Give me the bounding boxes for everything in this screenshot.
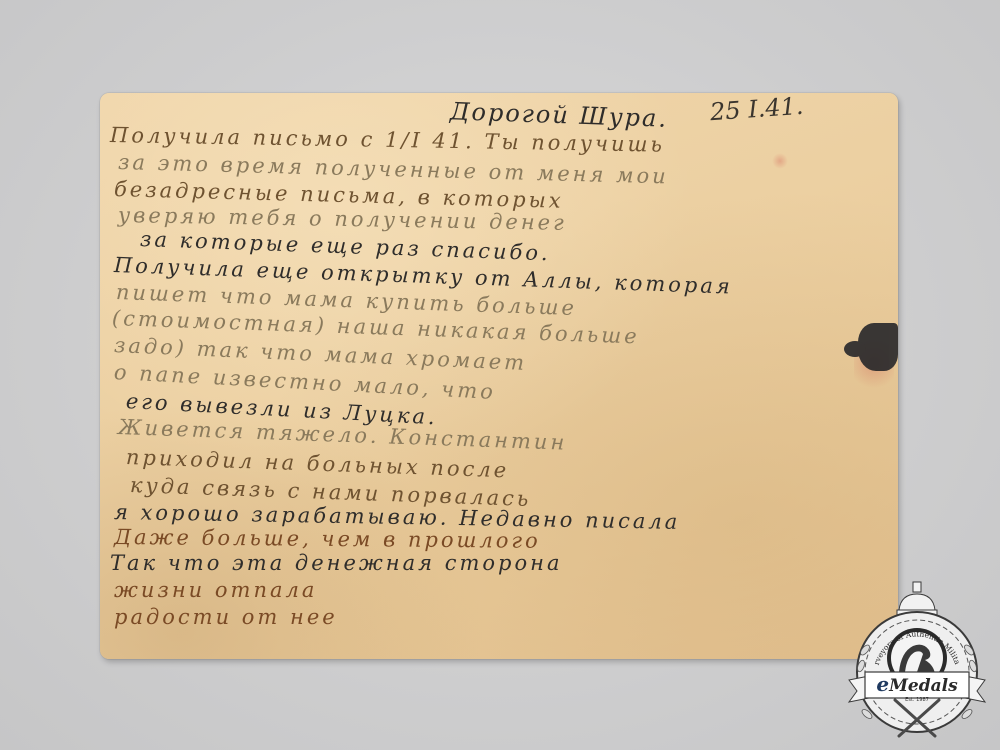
emedals-watermark-badge: Purveyors of Authentic Militaria eMedals… xyxy=(843,580,991,740)
handwriting-line: радости от нее xyxy=(114,605,338,629)
ink-blot xyxy=(858,323,898,371)
handwriting-line: жизни отпала xyxy=(114,578,317,602)
brand-name: Medals xyxy=(889,676,958,696)
handwriting-line: Так что эта денежная сторона xyxy=(110,551,562,575)
brand-prefix: e xyxy=(876,672,889,696)
handwriting-line: Даже больше, чем в прошлого xyxy=(114,525,541,553)
badge-brand-name: eMedals xyxy=(869,672,965,696)
date-text: 25 I.41. xyxy=(709,93,804,126)
handwritten-postcard: Дорогой Шура. 25 I.41. Получила письмо с… xyxy=(100,93,898,659)
badge-emblem-icon: Purveyors of Authentic Militaria xyxy=(843,580,991,740)
badge-established: Est. 1987 xyxy=(893,697,941,703)
greeting-text: Дорогой Шура. xyxy=(450,97,669,133)
red-speck xyxy=(772,153,788,169)
